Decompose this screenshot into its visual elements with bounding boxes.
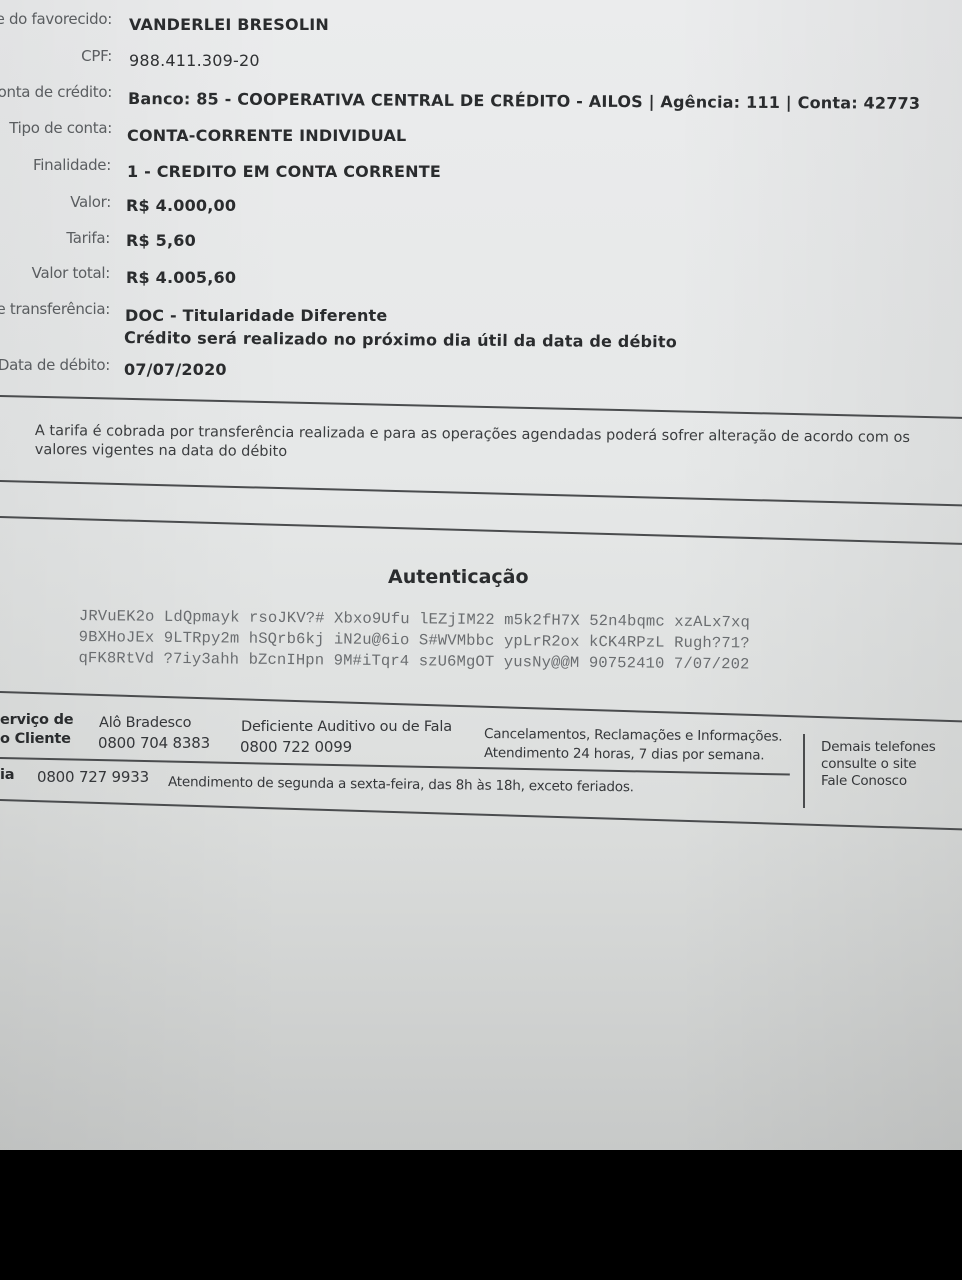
field-label: Finalidade: xyxy=(33,156,111,174)
field-value: Banco: 85 - COOPERATIVA CENTRAL DE CRÉDI… xyxy=(128,89,920,113)
divider xyxy=(0,480,962,507)
field-value: R$ 5,60 xyxy=(126,231,196,250)
authentication-title: Autenticação xyxy=(388,566,529,588)
fee-note: A tarifa é cobrada por transferência rea… xyxy=(35,422,915,467)
alo-bradesco-phone: 0800 704 8383 xyxy=(98,734,210,752)
field-label: CPF: xyxy=(81,47,112,65)
footer-bottom-border xyxy=(0,799,962,831)
field-label: Valor: xyxy=(70,193,111,211)
ouvidoria-hours: Atendimento de segunda a sexta-feira, da… xyxy=(168,774,634,795)
divider xyxy=(0,395,962,419)
field-label: e do favorecido: xyxy=(0,10,112,28)
field-value: R$ 4.005,60 xyxy=(126,268,236,287)
sac-label: o Cliente xyxy=(0,731,71,747)
other-phones-text: Demais telefones xyxy=(821,739,936,755)
field-label: Tarifa: xyxy=(66,229,110,247)
field-value-note: Crédito será realizado no próximo dia út… xyxy=(124,328,677,351)
fale-conosco-link[interactable]: Fale Conosco xyxy=(821,773,907,789)
field-label: onta de crédito: xyxy=(0,83,112,101)
field-label: Tipo de conta: xyxy=(9,119,112,137)
deaf-support-phone: 0800 722 0099 xyxy=(240,738,352,756)
field-label: Valor total: xyxy=(32,264,110,282)
hours-24-text: Atendimento 24 horas, 7 dias por semana. xyxy=(484,745,765,763)
field-value: 07/07/2020 xyxy=(124,360,227,379)
field-value: 1 - CREDITO EM CONTA CORRENTE xyxy=(127,162,441,181)
authentication-code: JRVuEK2o LdQpmayk rsoJKV?# Xbxo9Ufu lEZj… xyxy=(78,606,750,675)
field-value: CONTA-CORRENTE INDIVIDUAL xyxy=(127,126,406,145)
field-value: VANDERLEI BRESOLIN xyxy=(129,15,329,34)
ouvidoria-phone: 0800 727 9933 xyxy=(37,768,149,786)
other-phones-text: consulte o site xyxy=(821,756,916,772)
field-value: R$ 4.000,00 xyxy=(126,196,236,215)
field-value: DOC - Titularidade Diferente xyxy=(125,306,387,325)
receipt-paper: e do favorecido: VANDERLEI BRESOLIN CPF:… xyxy=(0,0,962,1150)
footer-separator xyxy=(803,734,805,808)
field-value: 988.411.309-20 xyxy=(129,51,260,70)
divider xyxy=(0,516,962,545)
deaf-support-title: Deficiente Auditivo ou de Fala xyxy=(241,719,452,735)
sac-label: erviço de xyxy=(0,712,73,728)
field-label: e transferência: xyxy=(0,300,110,318)
alo-bradesco-title: Alô Bradesco xyxy=(99,715,191,731)
cancellations-text: Cancelamentos, Reclamações e Informações… xyxy=(484,726,783,745)
ouvidoria-label: ia xyxy=(0,767,14,783)
field-label: Data de débito: xyxy=(0,356,110,374)
